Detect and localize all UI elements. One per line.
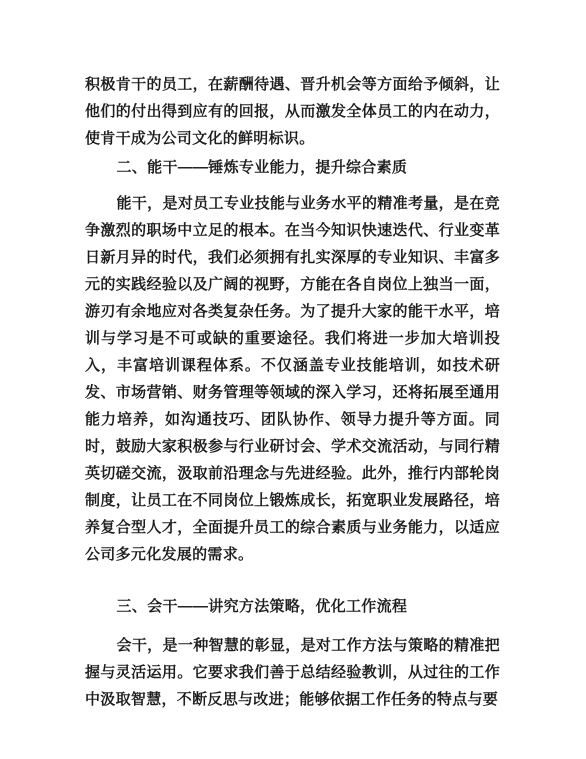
document-content: 积极肯干的员工，在薪酬待遇、晋升机会等方面给予倾斜，让他们的付出得到应有的回报，… (85, 71, 500, 713)
section-heading-huigan: 三、会干——讲究方法策略，优化工作流程 (85, 593, 500, 620)
document-page: 积极肯干的员工，在薪酬待遇、晋升机会等方面给予倾斜，让他们的付出得到应有的回报，… (0, 0, 586, 759)
paragraph-nenggan-body: 能干，是对员工专业技能与业务水平的精准考量，是在竞争激烈的职场中立足的根本。在当… (85, 190, 500, 568)
section-heading-nenggan: 二、能干——锤炼专业能力，提升综合素质 (85, 154, 500, 181)
paragraph-huigan-body: 会干，是一种智慧的彰显，是对工作方法与策略的精准把握与灵活运用。它要求我们善于总… (85, 632, 500, 713)
paragraph-continuation: 积极肯干的员工，在薪酬待遇、晋升机会等方面给予倾斜，让他们的付出得到应有的回报，… (85, 71, 500, 152)
